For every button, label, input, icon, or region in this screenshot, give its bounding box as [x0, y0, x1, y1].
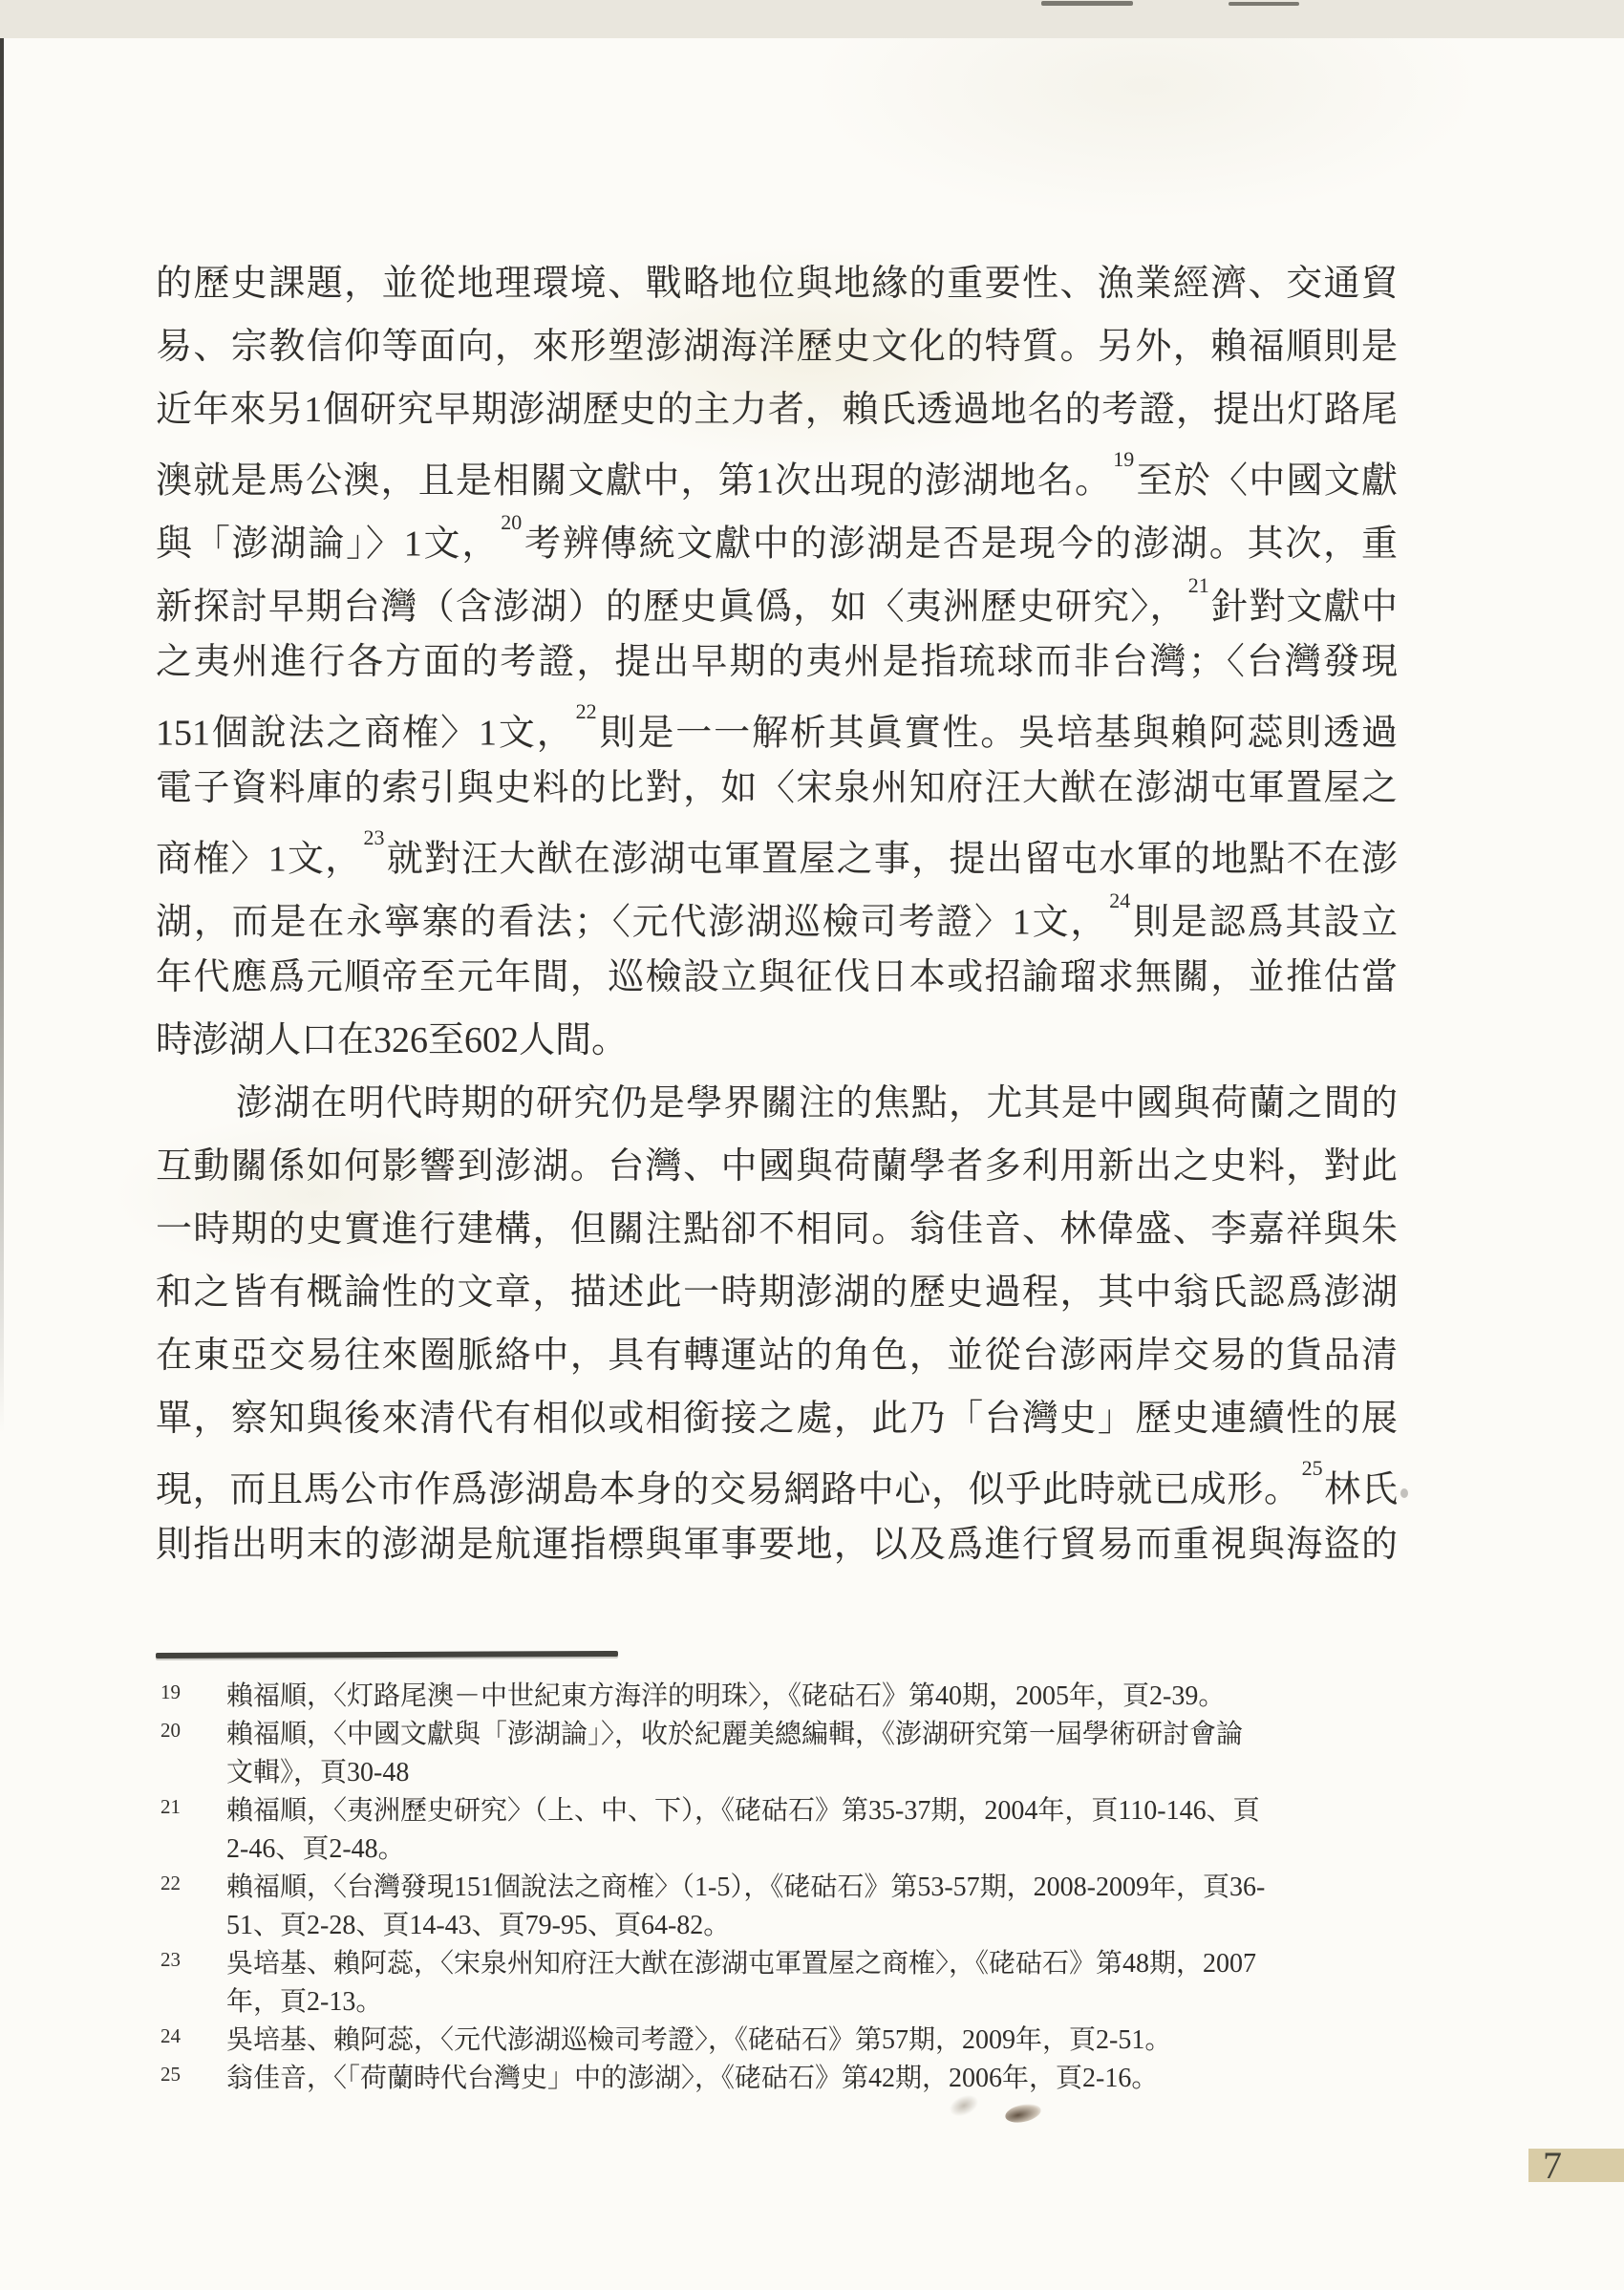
body-line: 時澎湖人口在326至602人間。	[156, 1009, 1398, 1072]
footnote-number: 24	[160, 2017, 181, 2055]
body-line: 澎湖在明代時期的研究仍是學界關注的焦點，尤其是中國與荷蘭之間的	[156, 1072, 1398, 1135]
footnote-ref: 22	[575, 699, 598, 723]
scan-left-edge-line	[0, 38, 4, 1433]
footnote-line: 年，頁2-13。	[226, 1983, 1398, 2022]
scan-artifact-tick	[1229, 2, 1299, 6]
page-number: 7	[1543, 2143, 1562, 2188]
body-line: 互動關係如何影響到澎湖。台灣、中國與荷蘭學者多利用新出之史料，對此	[156, 1135, 1398, 1198]
footnote-item: 23吳培基、賴阿蕊，〈宋泉州知府汪大猷在澎湖屯軍置屋之商榷〉，《硓𥑮石》第48期…	[156, 1945, 1398, 2022]
scanned-page: 的歷史課題，並從地理環境、戰略地位與地緣的重要性、漁業經濟、交通貿易、宗教信仰等…	[0, 0, 1624, 2290]
footnote-number: 21	[160, 1787, 181, 1826]
footnote-line: 文輯》，頁30-48	[226, 1754, 1398, 1792]
body-line: 與「澎湖論」〉1文，20考辨傳統文獻中的澎湖是否是現今的澎湖。其次，重	[156, 504, 1398, 567]
footnote-line: 賴福順，〈中國文獻與「澎湖論」〉，收於紀麗美總編輯，《澎湖研究第一屆學術研討會論	[226, 1716, 1398, 1754]
body-line: 新探討早期台灣（含澎湖）的歷史眞僞，如〈夷洲歷史研究〉，21針對文獻中	[156, 567, 1398, 631]
body-line: 近年來另1個研究早期澎湖歷史的主力者，賴氏透過地名的考證，提出灯路尾	[156, 378, 1398, 441]
footnote-line: 賴福順，〈台灣發現151個說法之商榷〉（1-5），《硓𥑮石》第53-57期，20…	[226, 1869, 1398, 1907]
footnote-number: 23	[160, 1940, 181, 1979]
body-line: 151個說法之商榷〉1文，22則是一一解析其眞實性。吳培基與賴阿蕊則透過	[156, 694, 1398, 757]
footnote-line: 吳培基、賴阿蕊，〈元代澎湖巡檢司考證〉，《硓𥑮石》第57期，2009年，頁2-5…	[226, 2022, 1398, 2060]
footnote-item: 20賴福順，〈中國文獻與「澎湖論」〉，收於紀麗美總編輯，《澎湖研究第一屆學術研討…	[156, 1716, 1398, 1792]
body-line: 易、宗教信仰等面向，來形塑澎湖海洋歷史文化的特質。另外，賴福順則是	[156, 315, 1398, 378]
footnote-ref: 21	[1187, 573, 1210, 597]
body-line: 則指出明末的澎湖是航運指標與軍事要地，以及爲進行貿易而重視與海盜的	[156, 1513, 1398, 1576]
body-line: 一時期的史實進行建構，但關注點卻不相同。翁佳音、林偉盛、李嘉祥與朱	[156, 1198, 1398, 1261]
body-line: 和之皆有概論性的文章，描述此一時期澎湖的歷史過程，其中翁氏認爲澎湖	[156, 1261, 1398, 1324]
body-line: 在東亞交易往來圈脈絡中，具有轉運站的角色，並從台澎兩岸交易的貨品清	[156, 1324, 1398, 1387]
body-line: 澳就是馬公澳，且是相關文獻中，第1次出現的澎湖地名。19至於〈中國文獻	[156, 441, 1398, 504]
body-line: 現，而且馬公市作爲澎湖島本身的交易網路中心，似乎此時就已成形。25林氏	[156, 1450, 1398, 1513]
body-line: 之夷州進行各方面的考證，提出早期的夷州是指琉球而非台灣；〈台灣發現	[156, 631, 1398, 694]
footnote-ref: 24	[1108, 888, 1131, 912]
footnote-separator	[156, 1651, 618, 1659]
body-line: 年代應爲元順帝至元年間，巡檢設立與征伐日本或招諭瑠求無關，並推估當	[156, 946, 1398, 1009]
footnote-number: 19	[160, 1673, 181, 1711]
body-line: 的歷史課題，並從地理環境、戰略地位與地緣的重要性、漁業經濟、交通貿	[156, 252, 1398, 315]
footnote-ref: 25	[1301, 1456, 1324, 1480]
scan-artifact-tick	[1041, 1, 1133, 6]
body-line: 湖，而是在永寧寨的看法；〈元代澎湖巡檢司考證〉1文，24則是認爲其設立	[156, 883, 1398, 946]
body-line: 單，察知與後來清代有相似或相銜接之處，此乃「台灣史」歷史連續性的展	[156, 1387, 1398, 1450]
paper-speck	[1400, 1488, 1408, 1498]
footnote-line: 翁佳音，〈「荷蘭時代台灣史」中的澎湖〉，《硓𥑮石》第42期，2006年，頁2-1…	[226, 2060, 1398, 2098]
footnote-line: 賴福順，〈灯路尾澳－中世紀東方海洋的明珠〉，《硓𥑮石》第40期，2005年，頁2…	[226, 1678, 1398, 1716]
footnote-item: 25翁佳音，〈「荷蘭時代台灣史」中的澎湖〉，《硓𥑮石》第42期，2006年，頁2…	[156, 2060, 1398, 2098]
footnote-item: 24吳培基、賴阿蕊，〈元代澎湖巡檢司考證〉，《硓𥑮石》第57期，2009年，頁2…	[156, 2022, 1398, 2060]
footnote-ref: 20	[500, 510, 523, 534]
footnotes: 19賴福順，〈灯路尾澳－中世紀東方海洋的明珠〉，《硓𥑮石》第40期，2005年，…	[156, 1678, 1398, 2098]
body-text: 的歷史課題，並從地理環境、戰略地位與地緣的重要性、漁業經濟、交通貿易、宗教信仰等…	[156, 252, 1398, 1576]
footnote-number: 25	[160, 2055, 181, 2093]
page-number-box: 7	[1528, 2149, 1624, 2182]
ink-smudge	[1004, 2101, 1043, 2126]
body-line: 電子資料庫的索引與史料的比對，如〈宋泉州知府汪大猷在澎湖屯軍置屋之	[156, 757, 1398, 820]
body-line: 商榷〉1文，23就對汪大猷在澎湖屯軍置屋之事，提出留屯水軍的地點不在澎	[156, 820, 1398, 883]
scan-top-band	[0, 0, 1624, 38]
footnote-item: 22賴福順，〈台灣發現151個說法之商榷〉（1-5），《硓𥑮石》第53-57期，…	[156, 1869, 1398, 1945]
footnote-line: 吳培基、賴阿蕊，〈宋泉州知府汪大猷在澎湖屯軍置屋之商榷〉，《硓𥑮石》第48期，2…	[226, 1945, 1398, 1983]
footnote-ref: 23	[362, 825, 385, 849]
footnote-line: 賴福順，〈夷洲歷史研究〉（上、中、下），《硓𥑮石》第35-37期，2004年，頁…	[226, 1792, 1398, 1830]
footnote-line: 2-46、頁2-48。	[226, 1830, 1398, 1869]
footnote-number: 22	[160, 1864, 181, 1902]
footnote-line: 51、頁2-28、頁14-43、頁79-95、頁64-82。	[226, 1907, 1398, 1945]
footnote-item: 19賴福順，〈灯路尾澳－中世紀東方海洋的明珠〉，《硓𥑮石》第40期，2005年，…	[156, 1678, 1398, 1716]
footnote-number: 20	[160, 1711, 181, 1749]
footnote-item: 21賴福順，〈夷洲歷史研究〉（上、中、下），《硓𥑮石》第35-37期，2004年…	[156, 1792, 1398, 1869]
footnote-ref: 19	[1112, 447, 1135, 471]
